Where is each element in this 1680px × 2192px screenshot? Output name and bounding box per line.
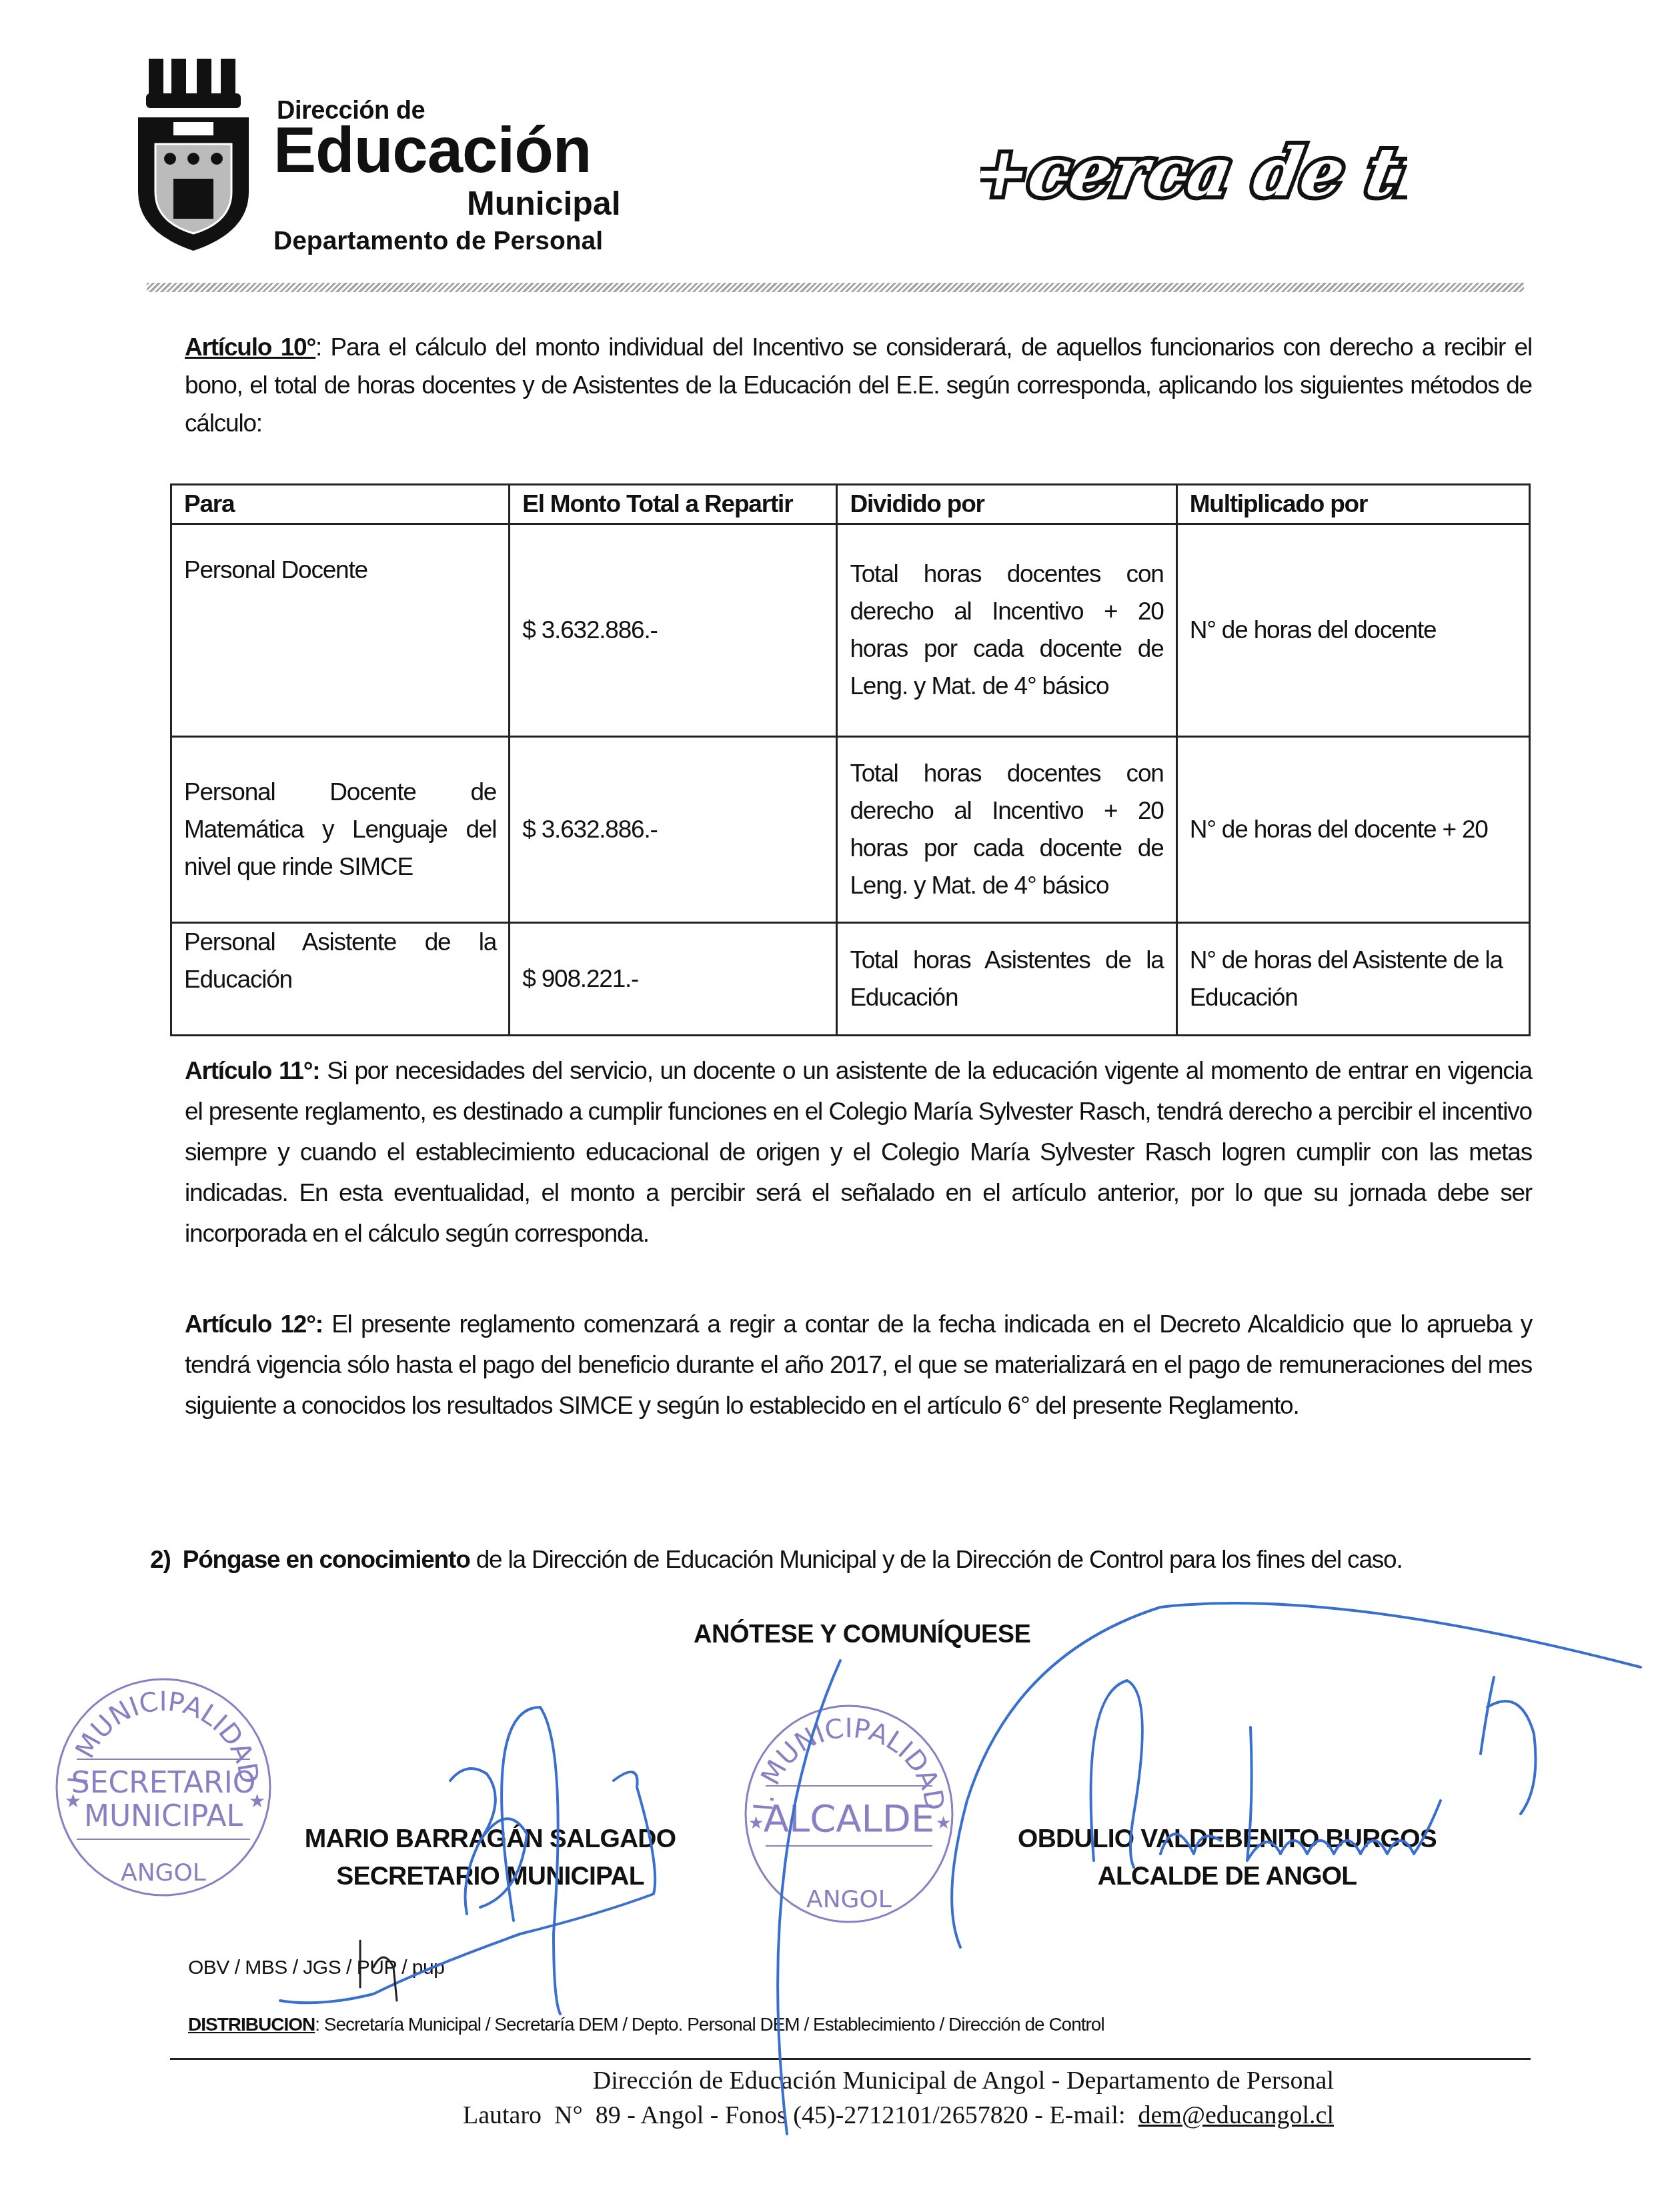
column-header-para: Para [171,485,510,524]
cell-multiplicado: N° de horas del docente [1176,524,1529,737]
item-2-bold: Póngase en conocimiento [183,1546,470,1573]
signatory-name: OBDULIO VALDEBENITO BURGOS [1000,1821,1454,1858]
resolution-item-2: 2) Póngase en conocimiento de la Direcci… [150,1546,1403,1574]
alcalde-signature [952,1603,1641,1947]
table-header-row: Para El Monto Total a Repartir Dividido … [171,485,1530,524]
cell-multiplicado: N° de horas del Asistente de la Educació… [1176,923,1529,1036]
svg-text:SECRETARIO: SECRETARIO [71,1766,256,1800]
svg-text:ANGOL: ANGOL [121,1859,206,1887]
signatory-secretario: MARIO BARRAGÁN SALGADO SECRETARIO MUNICI… [283,1821,697,1895]
cell-para: Personal Asistente de la Educación [171,923,510,1036]
article-11: Artículo 11°: Si por necesidades del ser… [185,1050,1532,1254]
document-initials: OBV / MBS / JGS / PUP / pup [188,1957,444,1979]
svg-text:+cerca de ti: +cerca de ti [980,133,1407,211]
distribution-text: : Secretaría Municipal / Secretaría DEM … [315,2014,1104,2035]
footer-address: Lautaro N° 89 - Angol - Fonos (45)-27121… [463,2101,1138,2129]
distribution-label: DISTRIBUCION [188,2014,315,2035]
svg-text:MUNICIPAL: MUNICIPAL [84,1799,243,1833]
alcalde-stamp: I. MUNICIPALIDAD ALCALDE ★★ ANGOL [739,1701,959,1927]
cell-para: Personal Docente [171,524,510,737]
header-line-departamento: Departamento de Personal [273,227,603,256]
secretario-municipal-stamp: I. MUNICIPALIDAD SECRETARIO MUNICIPAL ★★… [50,1674,277,1901]
closing-formula: ANÓTESE Y COMUNÍQUESE [694,1620,1030,1649]
incentive-calculation-table: Para El Monto Total a Repartir Dividido … [170,483,1531,1036]
header-line-educacion: Educación [273,119,591,183]
cell-monto: $ 908.221.- [510,923,837,1036]
article-12-label: Artículo 12°: [185,1310,323,1338]
footer-divider [170,2058,1531,2060]
column-header-monto: El Monto Total a Repartir [510,485,837,524]
column-header-multiplicado: Multiplicado por [1176,485,1529,524]
cell-multiplicado: N° de horas del docente + 20 [1176,737,1529,923]
cell-monto: $ 3.632.886.- [510,737,837,923]
article-10-text: : Para el cálculo del monto individual d… [185,333,1532,437]
svg-text:★: ★ [748,1813,764,1833]
signatory-title: SECRETARIO MUNICIPAL [283,1858,697,1895]
svg-text:ALCALDE: ALCALDE [764,1797,935,1841]
signatory-name: MARIO BARRAGÁN SALGADO [283,1821,697,1858]
cell-dividido: Total horas docentes con derecho al Ince… [837,524,1176,737]
svg-text:★: ★ [936,1813,951,1833]
article-11-label: Artículo 11°: [185,1057,319,1084]
table-row: Personal Docente de Matemática y Lenguaj… [171,737,1530,923]
cell-monto: $ 3.632.886.- [510,524,837,737]
signatory-alcalde: OBDULIO VALDEBENITO BURGOS ALCALDE DE AN… [1000,1821,1454,1895]
article-11-text: Si por necesidades del servicio, un doce… [185,1057,1532,1247]
article-12-text: El presente reglamento comenzará a regir… [185,1310,1532,1419]
table-row: Personal Docente $ 3.632.886.- Total hor… [171,524,1530,737]
cell-dividido: Total horas docentes con derecho al Ince… [837,737,1176,923]
footer-line-1: Dirección de Educación Municipal de Ango… [133,2066,1334,2095]
header-line-municipal: Municipal [467,184,621,223]
svg-text:★: ★ [65,1791,81,1811]
cell-dividido: Total horas Asistentes de la Educación [837,923,1176,1036]
article-10-label: Artículo 10° [185,333,315,361]
svg-text:★: ★ [249,1791,265,1811]
item-2-text: de la Dirección de Educación Municipal y… [470,1546,1403,1573]
distribution-list: DISTRIBUCION: Secretaría Municipal / Sec… [188,2014,1104,2035]
svg-text:ANGOL: ANGOL [806,1886,892,1913]
footer-email-link[interactable]: dem@educangol.cl [1138,2101,1335,2129]
header-divider [147,283,1524,292]
cell-para: Personal Docente de Matemática y Lenguaj… [171,737,510,923]
footer-line-2: Lautaro N° 89 - Angol - Fonos (45)-27121… [133,2101,1334,2130]
article-12: Artículo 12°: El presente reglamento com… [185,1304,1532,1426]
column-header-dividido: Dividido por [837,485,1176,524]
article-10: Artículo 10°: Para el cálculo del monto … [185,328,1532,442]
table-row: Personal Asistente de la Educación $ 908… [171,923,1530,1036]
municipal-coat-of-arms-icon [137,59,250,252]
signatory-title: ALCALDE DE ANGOL [1000,1858,1454,1895]
slogan-logo: +cerca de ti [980,123,1407,223]
item-2-number: 2) [150,1546,171,1573]
